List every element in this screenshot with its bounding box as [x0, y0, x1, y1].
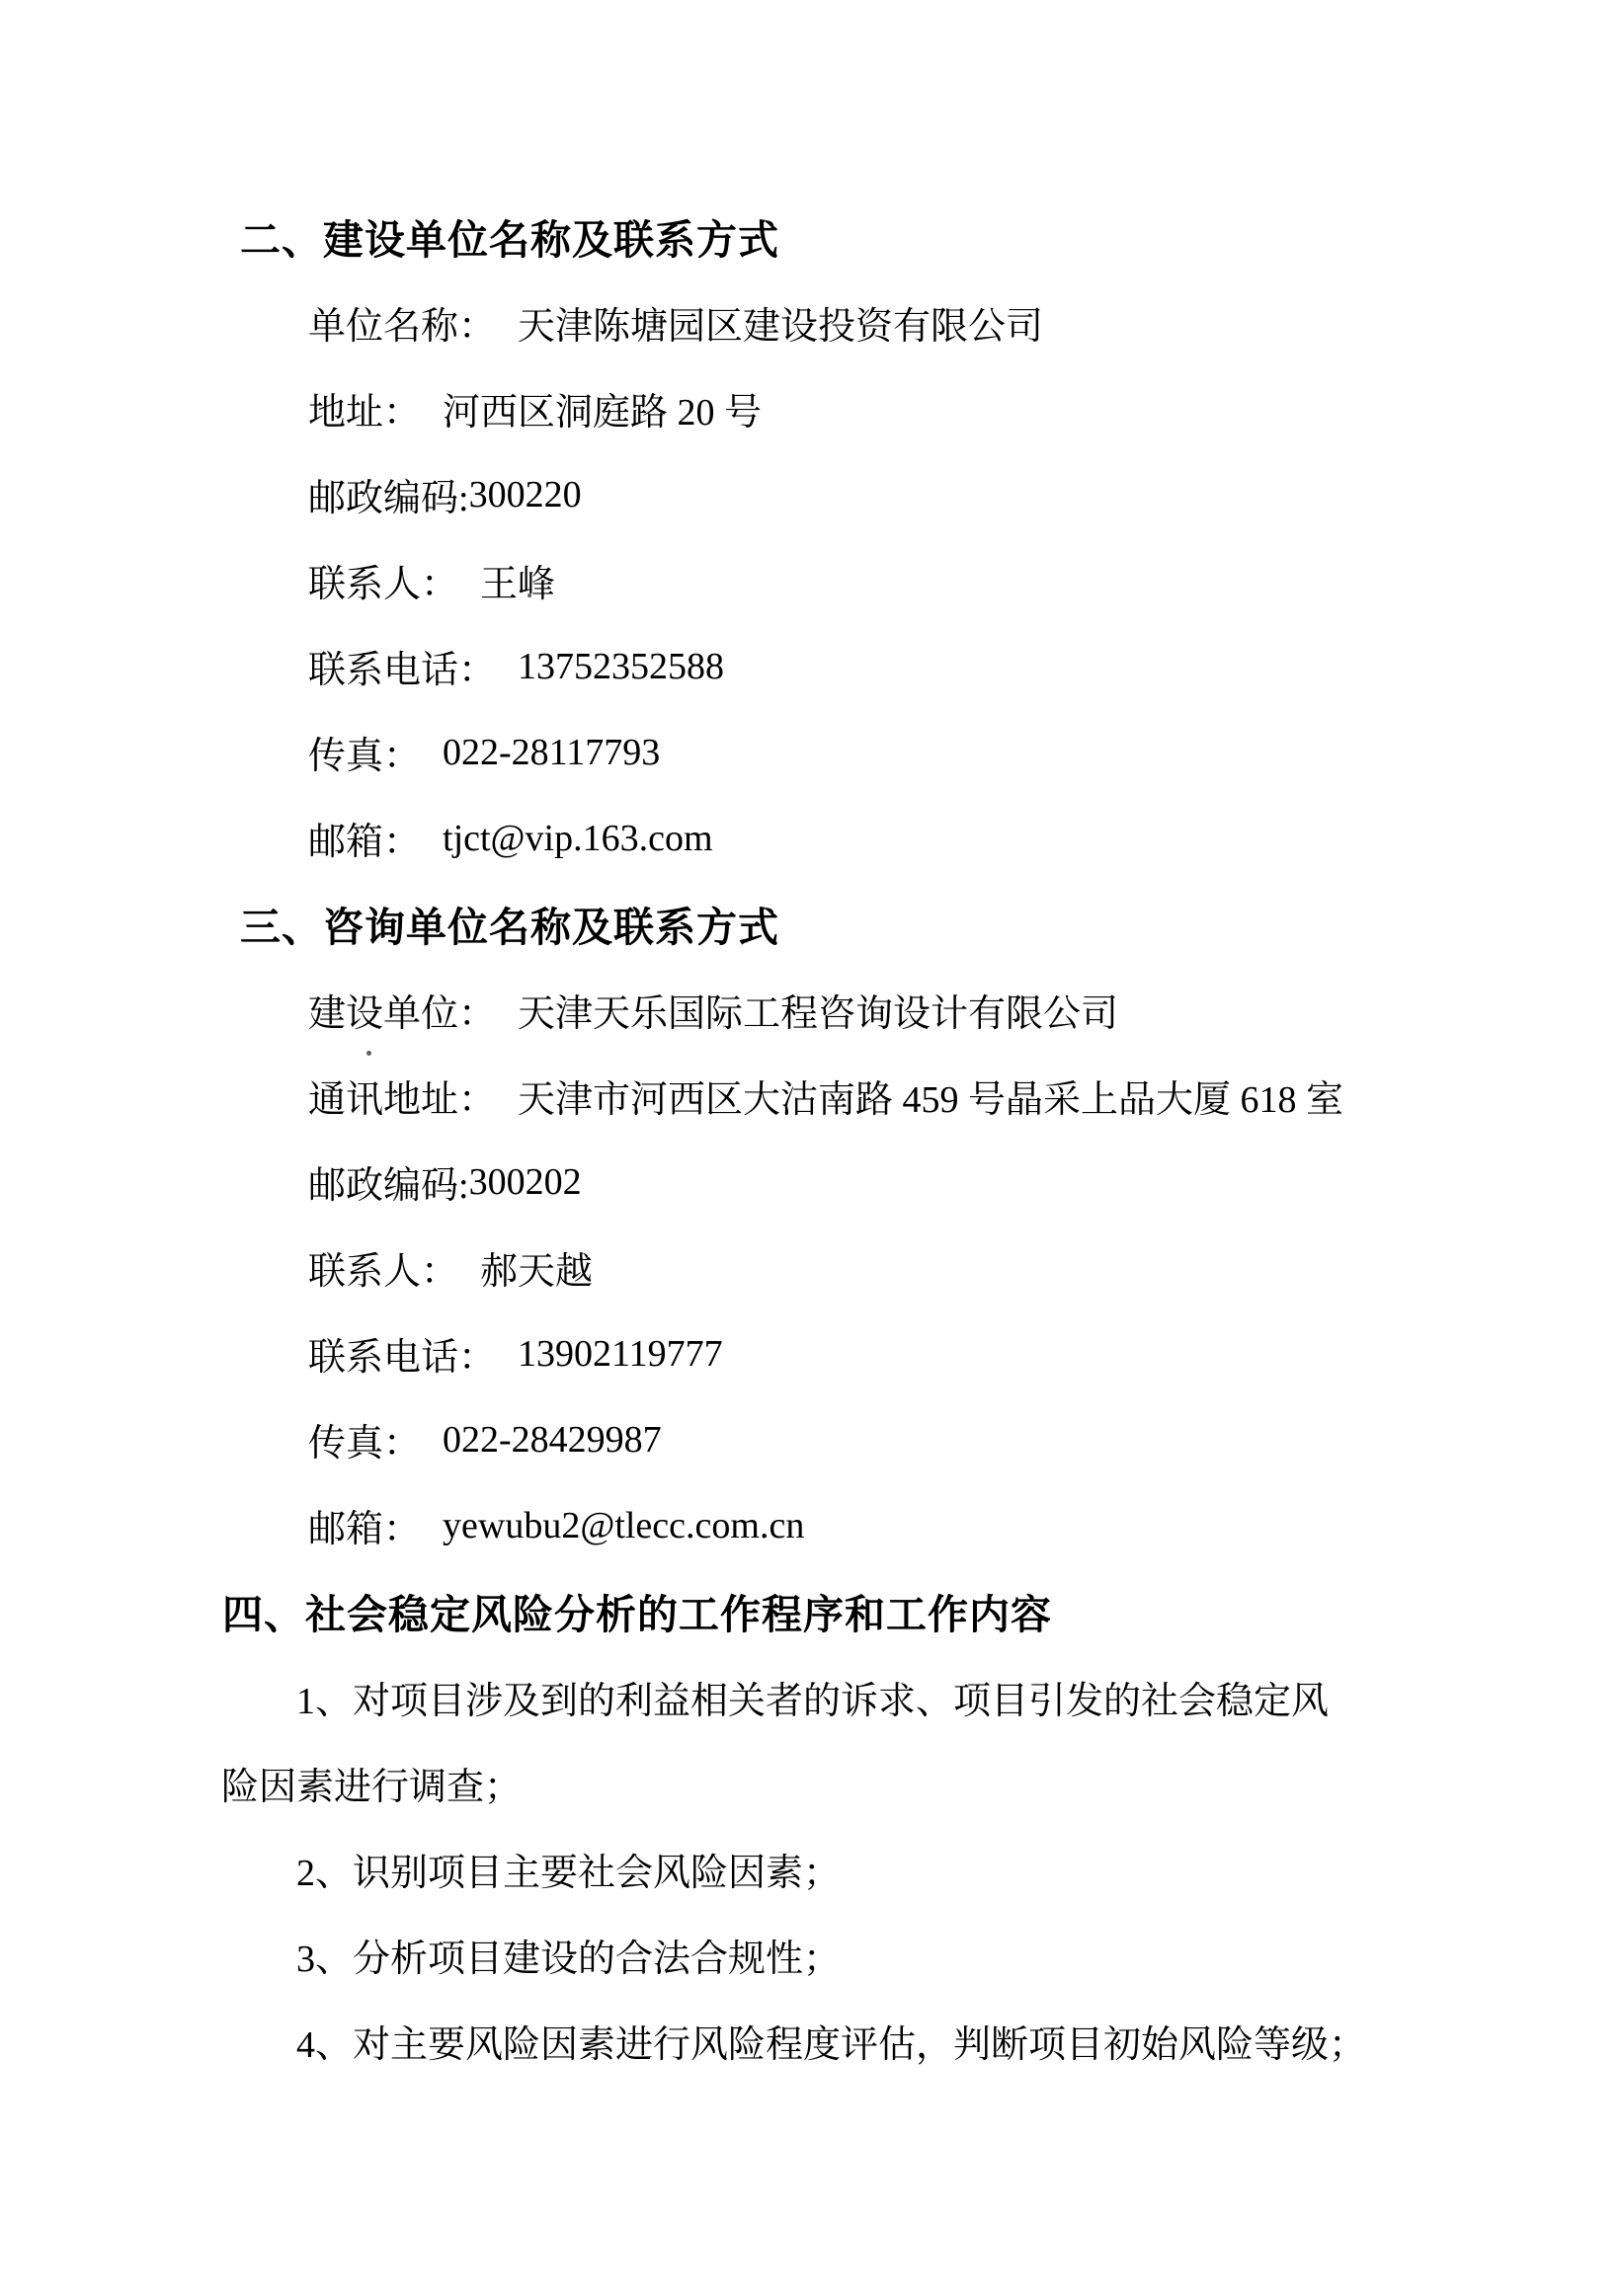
field-value: 300220: [469, 473, 582, 516]
item-text: 4、对主要风险因素进行风险程度评估，判断项目初始风险等级；: [296, 2014, 1366, 2068]
section-2-field-fax: 传真：022-28117793: [0, 709, 1620, 795]
field-value: 天津天乐国际工程咨询设计有限公司: [518, 983, 1118, 1037]
section-2-field-contact-person: 联系人：王峰: [0, 537, 1620, 623]
field-label: 传真：: [308, 1412, 421, 1466]
section-3-field-phone: 联系电话：13902119777: [0, 1310, 1620, 1396]
section-4-item-4: 4、对主要风险因素进行风险程度评估，判断项目初始风险等级；: [0, 1998, 1620, 2084]
section-2-field-phone: 联系电话：13752352588: [0, 623, 1620, 709]
section-4-item-2: 2、识别项目主要社会风险因素；: [0, 1826, 1620, 1912]
field-value: tjct@vip.163.com: [443, 817, 713, 860]
section-2-field-address: 地址：河西区洞庭路 20 号: [0, 365, 1620, 451]
section-3-field-postal-code: 邮政编码:300202: [0, 1139, 1620, 1225]
scan-speck: [366, 1051, 371, 1056]
field-label: 联系人：: [308, 1240, 458, 1295]
field-label: 联系电话：: [308, 639, 496, 693]
field-value: 河西区洞庭路 20 号: [443, 381, 762, 435]
section-2-field-email: 邮箱：tjct@vip.163.com: [0, 795, 1620, 881]
field-value: 天津市河西区大沽南路 459 号晶采上品大厦 618 室: [518, 1069, 1343, 1123]
section-4-item-3: 3、分析项目建设的合法合规性；: [0, 1912, 1620, 1998]
item-text: 3、分析项目建设的合法合规性；: [296, 1928, 841, 1982]
section-3-field-fax: 传真：022-28429987: [0, 1396, 1620, 1482]
section-3-heading-text: 三、咨询单位名称及联系方式: [240, 895, 779, 953]
field-label: 邮政编码:: [308, 467, 469, 521]
item-text: 1、对项目涉及到的利益相关者的诉求、项目引发的社会稳定风: [296, 1670, 1329, 1724]
field-label: 邮箱：: [308, 1498, 421, 1552]
section-2-heading: 二、建设单位名称及联系方式: [0, 194, 1620, 279]
field-label: 通讯地址：: [308, 1069, 496, 1123]
field-value: yewubu2@tlecc.com.cn: [443, 1504, 804, 1547]
field-value: 王峰: [480, 553, 555, 607]
field-value: 022-28117793: [443, 731, 660, 774]
section-4-heading: 四、社会稳定风险分析的工作程序和工作内容: [0, 1568, 1620, 1654]
field-label: 邮箱：: [308, 811, 421, 865]
section-2-field-postal-code: 邮政编码:300220: [0, 451, 1620, 537]
section-4-item-1-line-2: 险因素进行调查；: [0, 1740, 1620, 1826]
scan-speck: [527, 594, 531, 597]
field-value: 022-28429987: [443, 1418, 662, 1462]
field-label: 地址：: [308, 381, 421, 435]
field-value: 13902119777: [518, 1332, 723, 1376]
field-label: 邮政编码:: [308, 1154, 469, 1209]
section-3-heading: 三、咨询单位名称及联系方式: [0, 881, 1620, 967]
section-4-item-1-line-1: 1、对项目涉及到的利益相关者的诉求、项目引发的社会稳定风: [0, 1654, 1620, 1740]
field-value: 郝天越: [480, 1240, 593, 1295]
section-3-field-contact-person: 联系人：郝天越: [0, 1225, 1620, 1310]
section-2-field-unit-name: 单位名称：天津陈塘园区建设投资有限公司: [0, 279, 1620, 365]
field-label: 传真：: [308, 725, 421, 779]
field-label: 单位名称：: [308, 295, 496, 350]
field-label: 建设单位：: [308, 983, 496, 1037]
item-text: 险因素进行调查；: [221, 1756, 522, 1810]
section-2-heading-text: 二、建设单位名称及联系方式: [240, 207, 779, 266]
document-page: 二、建设单位名称及联系方式 单位名称：天津陈塘园区建设投资有限公司 地址：河西区…: [0, 0, 1620, 2296]
item-text: 2、识别项目主要社会风险因素；: [296, 1842, 841, 1896]
section-3-field-unit-name: 建设单位：天津天乐国际工程咨询设计有限公司: [0, 967, 1620, 1053]
field-label: 联系电话：: [308, 1326, 496, 1381]
section-3-field-email: 邮箱：yewubu2@tlecc.com.cn: [0, 1482, 1620, 1568]
section-3-field-mailing-address: 通讯地址：天津市河西区大沽南路 459 号晶采上品大厦 618 室: [0, 1053, 1620, 1139]
field-value: 13752352588: [518, 645, 724, 688]
section-4-heading-text: 四、社会稳定风险分析的工作程序和工作内容: [222, 1582, 1052, 1640]
field-label: 联系人：: [308, 553, 458, 607]
field-value: 天津陈塘园区建设投资有限公司: [518, 295, 1043, 350]
field-value: 300202: [469, 1160, 582, 1204]
